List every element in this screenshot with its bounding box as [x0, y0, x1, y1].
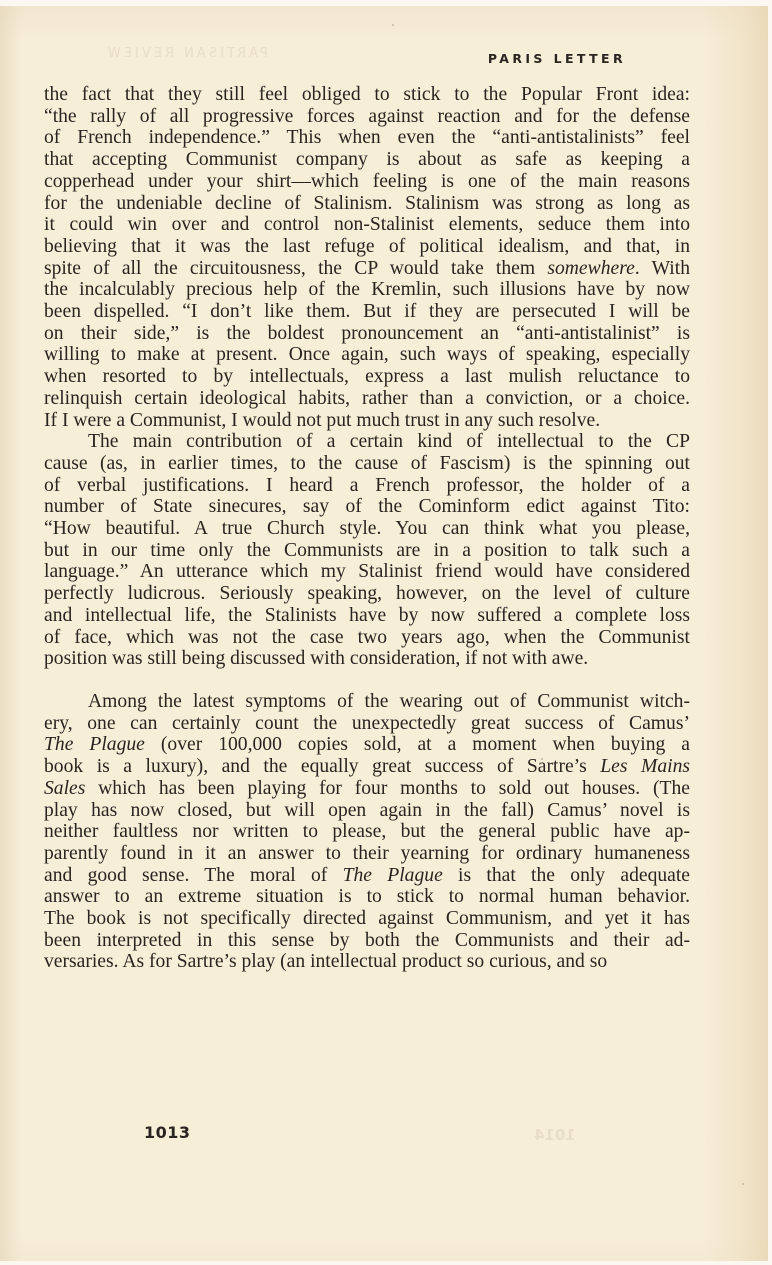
text-line: been dispelled. “I don’t like them. But … — [44, 301, 690, 323]
italic-title: Sales — [44, 778, 85, 799]
text-line: position was still being discussed with … — [44, 648, 690, 670]
text-line: number of State sinecures, say of the Co… — [44, 496, 690, 518]
text-line: ery, one can certainly count the unexpec… — [44, 713, 690, 735]
text-line: but in our time only the Communists are … — [44, 540, 690, 562]
text-line: the incalculably precious help of the Kr… — [44, 279, 690, 301]
text-line: The Plague (over 100,000 copies sold, at… — [44, 734, 690, 756]
paper-speck — [392, 24, 394, 26]
book-page: PARTISAN REVIEW 1014 PARIS LETTER the fa… — [0, 0, 772, 1265]
scan-top-edge — [0, 0, 772, 6]
text-line: language.” An utterance which my Stalini… — [44, 561, 690, 583]
text-line: relinquish certain ideological habits, r… — [44, 388, 690, 410]
text-line: cause (as, in earlier times, to the caus… — [44, 453, 690, 475]
text-line: it could win over and control non-Stalin… — [44, 214, 690, 236]
text-line: willing to make at present. Once again, … — [44, 344, 690, 366]
text-line: believing that it was the last refuge of… — [44, 236, 690, 258]
text-line: that accepting Communist company is abou… — [44, 149, 690, 171]
text-line: of verbal justifications. I heard a Fren… — [44, 475, 690, 497]
show-through-page-number: 1014 — [534, 1126, 576, 1144]
page-number: 1013 — [144, 1123, 191, 1142]
text-line: and good sense. The moral of The Plague … — [44, 865, 690, 887]
text-line: “the rally of all progressive forces aga… — [44, 106, 690, 128]
text-line: Among the latest symptoms of the wearing… — [44, 691, 690, 713]
text-line: The book is not specifically directed ag… — [44, 908, 690, 930]
text-line: Sales which has been playing for four mo… — [44, 778, 690, 800]
text-line: neither faultless nor written to please,… — [44, 821, 690, 843]
text-line: when resorted to by intellectuals, expre… — [44, 366, 690, 388]
article-body: the fact that they still feel obliged to… — [44, 84, 690, 973]
text-line: on their side,” is the boldest pronounce… — [44, 323, 690, 345]
text-line: perfectly ludicrous. Seriously speaking,… — [44, 583, 690, 605]
text-line: copperhead under your shirt—which feelin… — [44, 171, 690, 193]
text-line: answer to an extreme situation is to sti… — [44, 886, 690, 908]
text-line: book is a luxury), and the equally great… — [44, 756, 690, 778]
paragraph: the fact that they still feel obliged to… — [44, 84, 690, 431]
section-break — [44, 670, 690, 691]
text-line: parently found in it an answer to their … — [44, 843, 690, 865]
italic-title: The Plague — [44, 734, 145, 755]
scan-bottom-edge — [0, 1261, 772, 1265]
text-line: play has now closed, but will open again… — [44, 800, 690, 822]
text-line: the fact that they still feel obliged to… — [44, 84, 690, 106]
text-line: of French independence.” This when even … — [44, 127, 690, 149]
paragraph: The main contribution of a certain kind … — [44, 431, 690, 670]
italic-title: somewhere — [547, 258, 634, 279]
paper-speck — [742, 1183, 744, 1185]
text-line: versaries. As for Sartre’s play (an inte… — [44, 951, 690, 973]
show-through-header: PARTISAN REVIEW — [105, 46, 268, 61]
running-head: PARIS LETTER — [488, 51, 626, 66]
scan-right-edge — [768, 0, 772, 1265]
text-line: The main contribution of a certain kind … — [44, 431, 690, 453]
text-line: been interpreted in this sense by both t… — [44, 930, 690, 952]
text-line: and intellectual life, the Stalinists ha… — [44, 605, 690, 627]
text-line: for the undeniable decline of Stalinism.… — [44, 193, 690, 215]
text-line: of face, which was not the case two year… — [44, 627, 690, 649]
italic-title: Les Mains — [600, 756, 690, 777]
paper-speck — [541, 758, 543, 760]
text-line: If I were a Communist, I would not put m… — [44, 410, 690, 432]
italic-title: The Plague — [343, 865, 443, 886]
paragraph: Among the latest symptoms of the wearing… — [44, 691, 690, 973]
text-line: spite of all the circuitousness, the CP … — [44, 258, 690, 280]
text-line: “How beautiful. A true Church style. You… — [44, 518, 690, 540]
